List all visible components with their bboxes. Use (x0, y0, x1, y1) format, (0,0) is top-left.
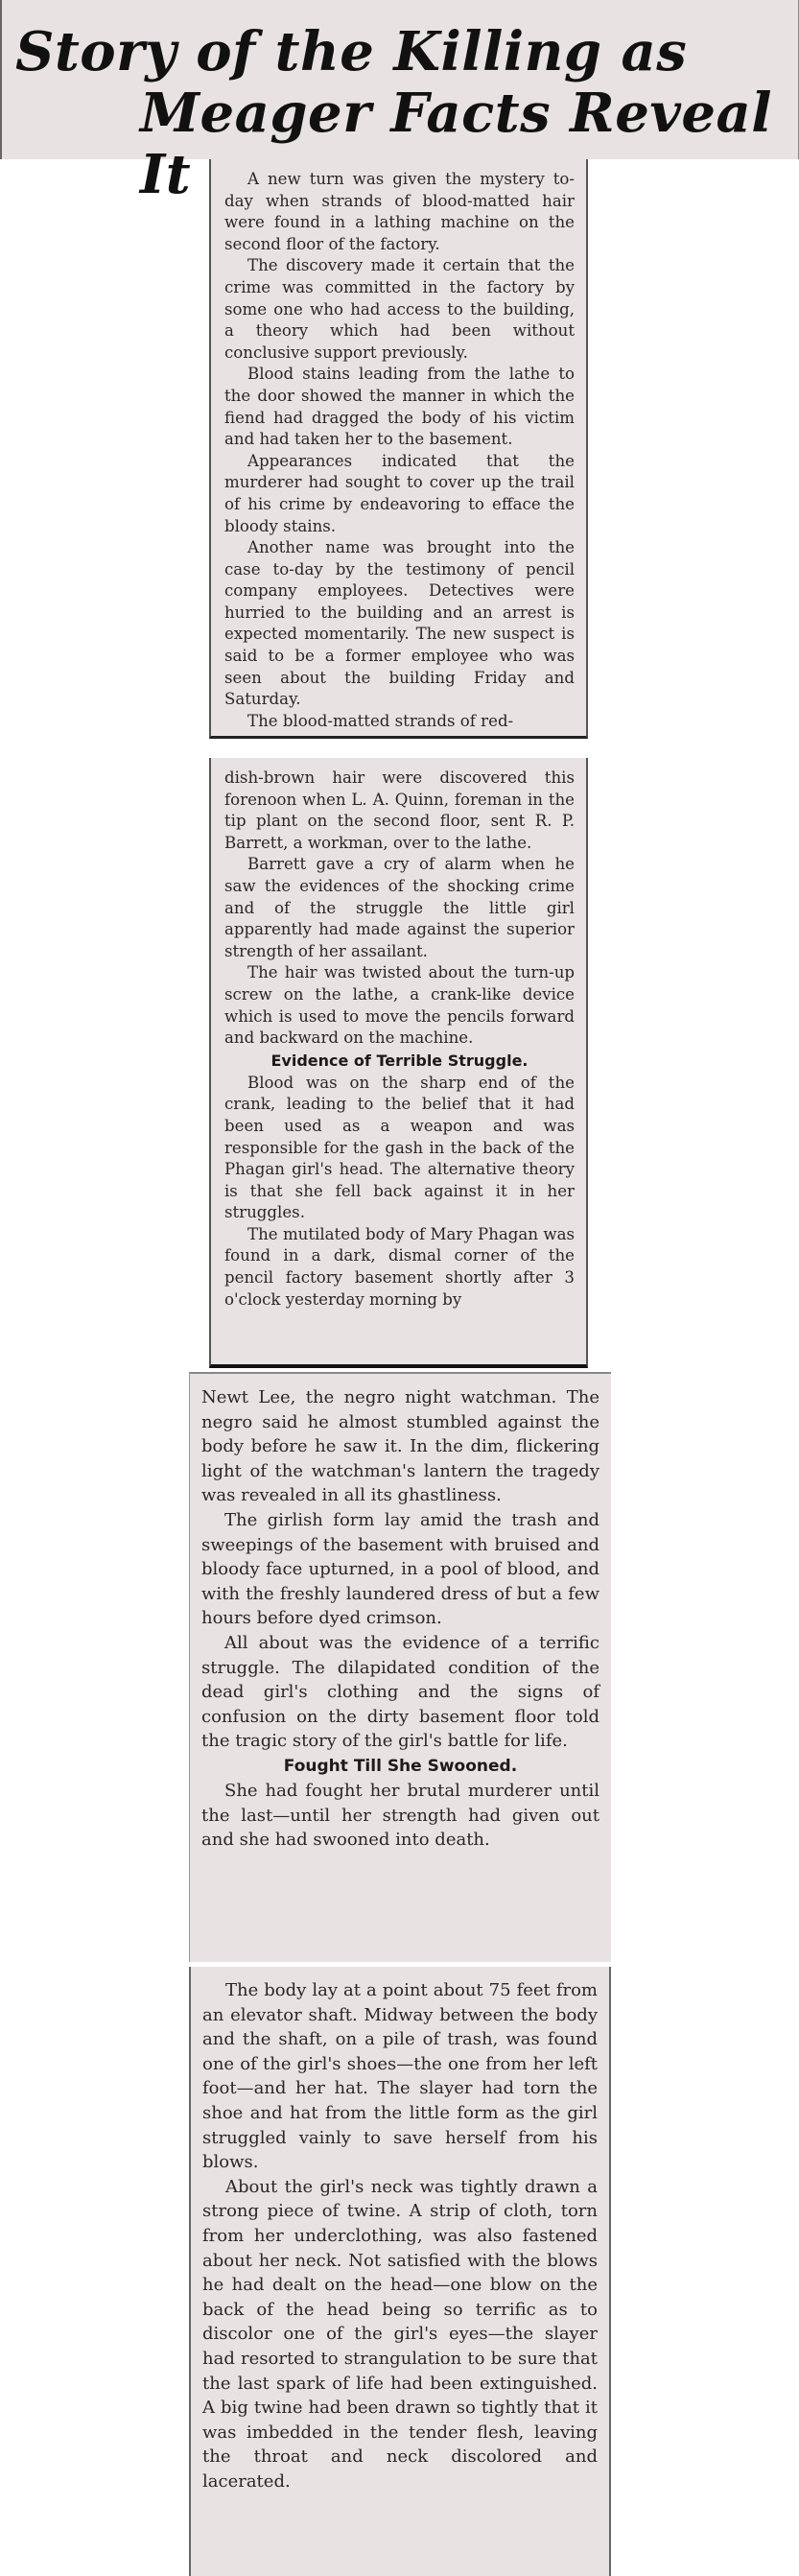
section-subhead: Fought Till She Swooned. (201, 1754, 599, 1779)
article-column: A new turn was given the mystery to-day … (211, 159, 586, 738)
article-column: dish-brown hair were discovered this for… (211, 758, 586, 1316)
article-clipping-1: A new turn was given the mystery to-day … (209, 159, 588, 739)
paragraph: Another name was brought into the case t… (224, 537, 575, 711)
paragraph: Blood was on the sharp end of the crank,… (224, 1073, 575, 1224)
paragraph-continued: dish-brown hair were discovered this for… (224, 768, 575, 854)
paragraph: The mutilated body of Mary Phagan was fo… (224, 1224, 575, 1311)
article-column: Newt Lee, the negro night watchman. The … (190, 1374, 611, 1858)
paragraph: About the girl's neck was tightly drawn … (202, 2175, 598, 2494)
paragraph: The girlish form lay amid the trash and … (201, 1508, 599, 1631)
section-subhead: Evidence of Terrible Struggle. (224, 1050, 575, 1073)
article-clipping-2: dish-brown hair were discovered this for… (209, 758, 588, 1368)
paragraph: Appearances indicated that the murderer … (224, 451, 575, 537)
article-clipping-3: Newt Lee, the negro night watchman. The … (189, 1372, 611, 1962)
headline-line-1: Story of the Killing as (15, 21, 798, 83)
paragraph-continued: Newt Lee, the negro night watchman. The … (201, 1385, 599, 1508)
paragraph: All about was the evidence of a terrific… (201, 1631, 599, 1754)
paragraph: The discovery made it certain that the c… (224, 255, 575, 364)
paragraph: The hair was twisted about the turn-up s… (224, 962, 575, 1049)
paragraph: Blood stains leading from the lathe to t… (224, 364, 575, 450)
headline-clipping: Story of the Killing as Meager Facts Rev… (0, 0, 799, 159)
article-clipping-4: The body lay at a point about 75 feet fr… (189, 1967, 611, 2576)
article-column: The body lay at a point about 75 feet fr… (191, 1967, 609, 2499)
paragraph: She had fought her brutal murderer until… (201, 1779, 599, 1853)
paragraph: Barrett gave a cry of alarm when he saw … (224, 854, 575, 962)
paragraph: A new turn was given the mystery to-day … (224, 169, 575, 255)
paragraph: The blood-matted strands of red- (224, 711, 575, 733)
paragraph: The body lay at a point about 75 feet fr… (202, 1978, 598, 2175)
